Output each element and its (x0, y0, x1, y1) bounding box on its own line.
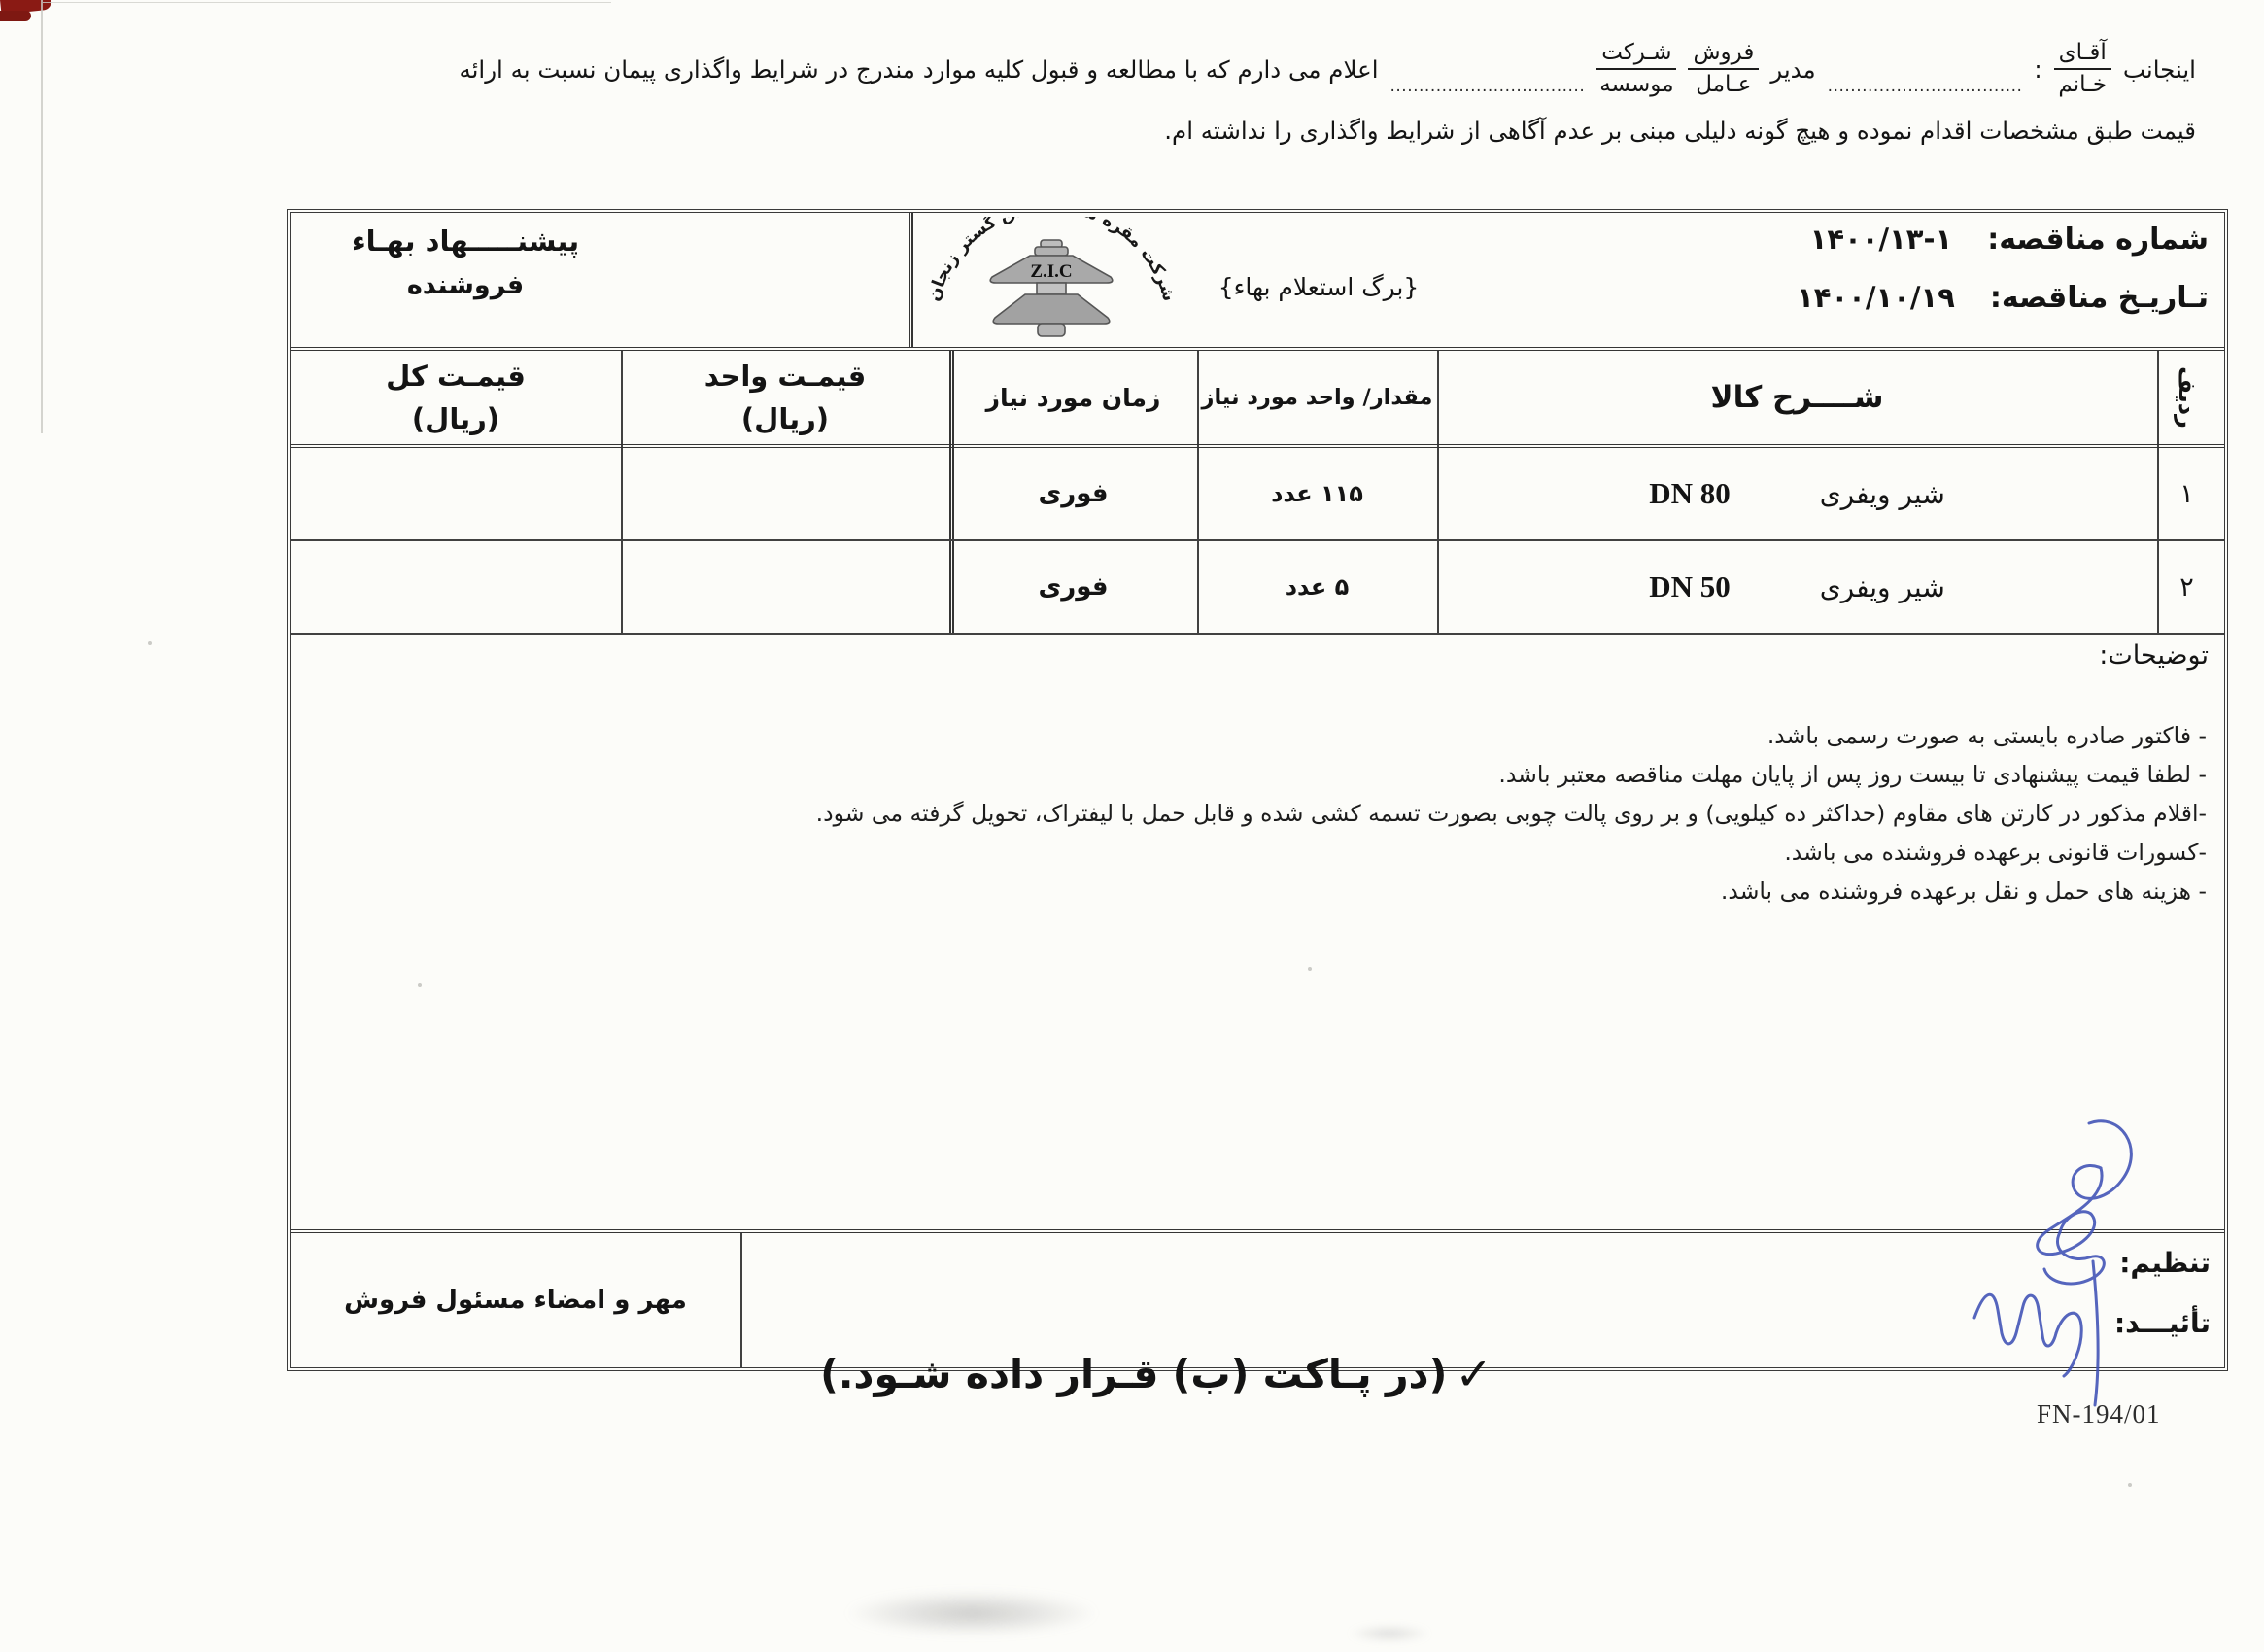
row2-total-price-cell-blank (291, 541, 621, 633)
scan-speck (2128, 1483, 2132, 1487)
note-item: - لطفا قیمت پیشنهادی تا بیست روز پس از پ… (816, 755, 2207, 794)
scan-smudge-small (1331, 1621, 1448, 1646)
declaration-line-2: قیمت طبق مشخصات اقدام نموده و هیچ گونه د… (159, 117, 2196, 145)
scan-edge-line-horizontal (43, 2, 611, 3)
company-logo: شرکت مقره سازی صدق گستر زنجان Z.I.C (920, 217, 1183, 345)
name-blank-dots: .................................. (1828, 77, 2023, 96)
col-header-unit-price: قیمـت واحد (ریال) (621, 351, 949, 444)
tender-number-label: شماره مناقصه: (1987, 223, 2209, 257)
notes-list: - فاکتور صادره بایستی به صورت رسمی باشد.… (816, 716, 2207, 911)
row2-bottom-line (291, 633, 2224, 635)
scanned-price-inquiry-form: اینجانب آقـای خـانم : ..................… (0, 0, 2264, 1652)
row1-item-size: DN 80 (1649, 476, 1731, 511)
unit-price-unit-label: (ریال) (704, 397, 867, 440)
note-item: - هزینه های حمل و نقل برعهده فروشنده می … (816, 872, 2207, 911)
company-label: شـرکت (1596, 39, 1676, 70)
logo-badge-text: Z.I.C (1030, 261, 1072, 282)
tender-number-value: ۱۴۰۰/۱۳-۱ (1810, 223, 1953, 256)
row1-quantity-cell: ۱۱۵ عدد (1197, 448, 1437, 539)
row2-number-cell: ۲ (2157, 541, 2216, 633)
declaration-statement: اینجانب آقـای خـانم : ..................… (159, 39, 2196, 145)
col-header-row-number: ردیف (2157, 351, 2216, 444)
envelope-instruction-text: (در پـاکت (ب) قـرار داده شـود.) (820, 1351, 1447, 1397)
manager-label: مدیر (1770, 55, 1815, 84)
sheet-title: {برگ استعلام بهاء} (1202, 273, 1435, 301)
seller-proposal-line2: فروشنده (291, 263, 640, 308)
colon: : (2034, 55, 2041, 84)
note-item: - فاکتور صادره بایستی به صورت رسمی باشد. (816, 716, 2207, 755)
declaration-intro: اینجانب (2123, 55, 2196, 84)
sales-label: فروش (1688, 39, 1759, 70)
row1-time-cell: فوری (949, 448, 1197, 539)
total-price-unit-label: (ریال) (386, 397, 526, 440)
tender-info: شماره مناقصه: ۱۴۰۰/۱۳-۱ تـاریـخ مناقصه: … (1797, 223, 2209, 339)
tender-date-value: ۱۴۰۰/۱۰/۱۹ (1797, 281, 1955, 314)
row2-item-name: شیر ویفری (1820, 571, 1945, 603)
declaration-text: اعلام می دارم که با مطالعه و قبول کلیه م… (459, 55, 1378, 84)
unit-price-label: قیمـت واحد (704, 355, 867, 397)
row-number-label: ردیف (2173, 366, 2200, 429)
row1-description-cell: شیر ویفری DN 80 (1437, 448, 2157, 539)
col-header-description: شــــرح کالا (1437, 351, 2157, 444)
row1-unit-price-cell-blank (621, 448, 949, 539)
row2-description-cell: شیر ویفری DN 50 (1437, 541, 2157, 633)
envelope-instruction: ✓ (در پـاکت (ب) قـرار داده شـود.) (806, 1351, 1506, 1397)
row1-item-name: شیر ویفری (1820, 478, 1945, 510)
tender-number-row: شماره مناقصه: ۱۴۰۰/۱۳-۱ (1797, 223, 2209, 281)
check-icon: ✓ (1455, 1352, 1492, 1396)
mr-mrs-stack: آقـای خـانم (2054, 39, 2111, 99)
declaration-line-1: اینجانب آقـای خـانم : ..................… (159, 39, 2196, 99)
mrs-label: خـانم (2058, 70, 2107, 99)
row2-item-size: DN 50 (1649, 569, 1731, 604)
total-price-label: قیمـت کل (386, 355, 526, 397)
scan-red-corner-mark-2 (0, 11, 31, 21)
insulator-icon (990, 240, 1113, 336)
scan-speck (148, 641, 152, 645)
col-header-total-price: قیمـت کل (ریال) (291, 351, 621, 444)
seller-proposal-heading: پیشنـــــهاد بهـاء فروشنده (291, 219, 640, 308)
scan-smudge (797, 1582, 1147, 1644)
sales-managing-stack: فروش عـامل (1688, 39, 1759, 99)
stamp-signature-cell: مهر و امضاء مسئول فروش (291, 1233, 742, 1367)
band-divider-line (909, 213, 913, 347)
mr-label: آقـای (2054, 39, 2111, 70)
managing-label: عـامل (1696, 70, 1751, 99)
row2-time-cell: فوری (949, 541, 1197, 633)
col-header-quantity: مقدار/ واحد مورد نیاز (1197, 351, 1437, 444)
notes-title: توضیحات: (2099, 640, 2209, 671)
row1-number-cell: ۱ (2157, 448, 2216, 539)
col-header-time-needed: زمان مورد نیاز (949, 351, 1197, 444)
seller-proposal-line1: پیشنـــــهاد بهـاء (291, 219, 640, 263)
company-blank-dots: .................................. (1390, 77, 1586, 96)
inquiry-table: پیشنـــــهاد بهـاء فروشنده شرکت مقره ساز… (287, 209, 2228, 1371)
note-item: -کسورات قانونی برعهده فروشنده می باشد. (816, 833, 2207, 872)
scan-edge-line-vertical (41, 0, 43, 433)
tender-date-label: تـاریـخ مناقصه: (1990, 281, 2209, 315)
handwritten-signature (1955, 1116, 2183, 1412)
company-institute-stack: شـرکت موسسه (1596, 39, 1676, 99)
row2-quantity-cell: ۵ عدد (1197, 541, 1437, 633)
tender-date-row: تـاریـخ مناقصه: ۱۴۰۰/۱۰/۱۹ (1797, 281, 2209, 339)
row1-total-price-cell-blank (291, 448, 621, 539)
note-item: -اقلام مذکور در کارتن های مقاوم (حداکثر … (816, 794, 2207, 833)
institute-label: موسسه (1599, 70, 1673, 99)
row2-unit-price-cell-blank (621, 541, 949, 633)
